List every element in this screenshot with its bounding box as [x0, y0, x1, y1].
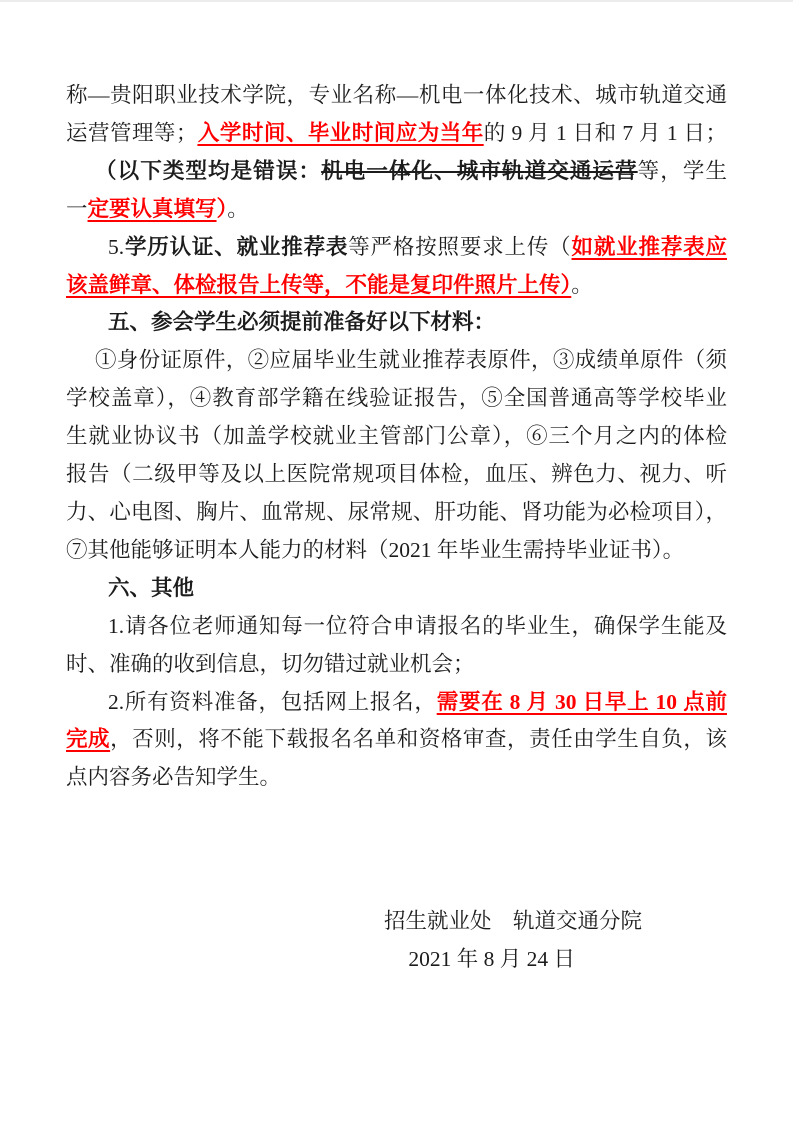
text-line: ⑦其他能够证明本人能力的材料（2021 年毕业生需持毕业证书）。	[66, 532, 727, 570]
body-text: 等，学生	[638, 159, 727, 183]
text-line: 完成，否则，将不能下载报名名单和资格审查，责任由学生自负，该	[66, 721, 727, 759]
body-text: 。	[227, 197, 249, 221]
heading-text: 五、参会学生必须提前准备好以下材料：	[108, 310, 495, 334]
red-text: ）	[217, 197, 228, 221]
red-underlined-emphasis: 完成	[66, 727, 110, 751]
body-text: 报告（二级甲等及以上医院常规项目体检，血压、辨色力、视力、听	[66, 462, 727, 486]
text-line: 报告（二级甲等及以上医院常规项目体检，血压、辨色力、视力、听	[66, 456, 727, 494]
text-line: 一定要认真填写）。	[66, 191, 727, 229]
text-line: 该盖鲜章、体检报告上传等，不能是复印件照片上传）。	[66, 267, 727, 305]
red-underlined-emphasis: 该盖鲜章、体检报告上传等，不能是复印件照片上传）	[66, 273, 571, 297]
bold-text: 学历认证、就业推荐表	[124, 235, 348, 259]
bold-text: （以下类型均是错误：	[95, 159, 321, 183]
body-text: 生就业协议书（加盖学校就业主管部门公章），⑥三个月之内的体检	[66, 424, 727, 448]
body-text: 力、心电图、胸片、血常规、尿常规、肝功能、肾功能为必检项目），	[66, 500, 727, 524]
body-text: 称—贵阳职业技术学院，专业名称—机电一体化技术、城市轨道交通	[66, 83, 727, 107]
text-line: 称—贵阳职业技术学院，专业名称—机电一体化技术、城市轨道交通	[66, 77, 727, 115]
section-heading: 五、参会学生必须提前准备好以下材料：	[66, 304, 727, 342]
text-line: 2.所有资料准备，包括网上报名，需要在 8 月 30 日早上 10 点前	[66, 684, 727, 722]
text-line: 5.学历认证、就业推荐表等严格按照要求上传（如就业推荐表应	[66, 229, 727, 267]
signature-text: 招生就业处 轨道交通分院	[384, 909, 642, 933]
signature-department: 招生就业处 轨道交通分院	[66, 903, 727, 941]
strikethrough-text: 机电一体化、城市轨道交通运营	[321, 159, 638, 183]
body-text: 的 9 月 1 日和 7 月 1 日；	[484, 121, 727, 145]
body-text: ①身份证原件，②应届毕业生就业推荐表原件，③成绩单原件（须	[95, 348, 727, 372]
text-line: 1.请各位老师通知每一位符合申请报名的毕业生，确保学生能及	[66, 608, 727, 646]
text-line: 力、心电图、胸片、血常规、尿常规、肝功能、肾功能为必检项目），	[66, 494, 727, 532]
text-line: 生就业协议书（加盖学校就业主管部门公章），⑥三个月之内的体检	[66, 418, 727, 456]
text-line: 时、准确的收到信息，切勿错过就业机会；	[66, 646, 727, 684]
body-text: ⑦其他能够证明本人能力的材料（2021 年毕业生需持毕业证书）。	[66, 538, 684, 562]
body-text: 。	[571, 273, 593, 297]
heading-text: 六、其他	[108, 576, 194, 600]
body-text: 点内容务必告知学生。	[66, 765, 281, 789]
text-line: 学校盖章），④教育部学籍在线验证报告，⑤全国普通高等学校毕业	[66, 380, 727, 418]
red-underlined-emphasis: 入学时间、毕业时间应为当年	[197, 121, 483, 145]
red-underlined-emphasis: 如就业推荐表应	[572, 235, 727, 259]
date-text: 2021 年 8 月 24 日	[408, 947, 575, 971]
list-number: 5.	[108, 235, 124, 259]
body-text: 2.所有资料准备，包括网上报名，	[108, 690, 437, 714]
body-text: ，否则，将不能下载报名名单和资格审查，责任由学生自负，该	[110, 727, 727, 751]
body-text: 运营管理等；	[66, 121, 197, 145]
red-underlined-emphasis: 需要在 8 月 30 日早上 10 点前	[437, 690, 727, 714]
body-text: 1.请各位老师通知每一位符合申请报名的毕业生，确保学生能及	[108, 614, 727, 638]
text-line: ①身份证原件，②应届毕业生就业推荐表原件，③成绩单原件（须	[66, 342, 727, 380]
body-text: 等严格按照要求上传（	[348, 235, 571, 259]
body-text: 一	[66, 197, 88, 221]
text-line: （以下类型均是错误：机电一体化、城市轨道交通运营等，学生	[66, 153, 727, 191]
text-line: 点内容务必告知学生。	[66, 759, 727, 797]
body-text: 时、准确的收到信息，切勿错过就业机会；	[66, 652, 475, 676]
text-line: 运营管理等；入学时间、毕业时间应为当年的 9 月 1 日和 7 月 1 日；	[66, 115, 727, 153]
body-text: 学校盖章），④教育部学籍在线验证报告，⑤全国普通高等学校毕业	[66, 386, 727, 410]
red-underlined-emphasis: 定要认真填写	[88, 197, 217, 221]
signature-date: 2021 年 8 月 24 日	[66, 941, 727, 979]
signature-block: 招生就业处 轨道交通分院 2021 年 8 月 24 日	[66, 903, 727, 979]
document-body: 称—贵阳职业技术学院，专业名称—机电一体化技术、城市轨道交通 运营管理等；入学时…	[0, 2, 793, 979]
section-heading: 六、其他	[66, 570, 727, 608]
